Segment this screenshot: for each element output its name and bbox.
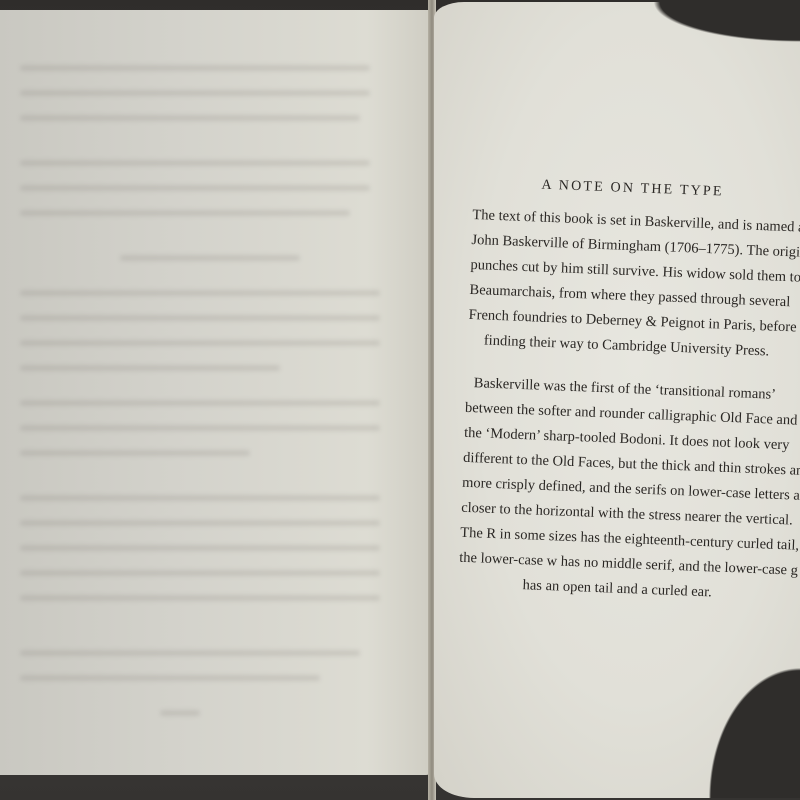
- paragraph-1: The text of this book is set in Baskervi…: [467, 203, 791, 365]
- left-page: [0, 10, 432, 775]
- paragraph-2: Baskerville was the first of the ‘transi…: [458, 371, 784, 608]
- note-on-the-type: A NOTE ON THE TYPE The text of this book…: [458, 175, 792, 608]
